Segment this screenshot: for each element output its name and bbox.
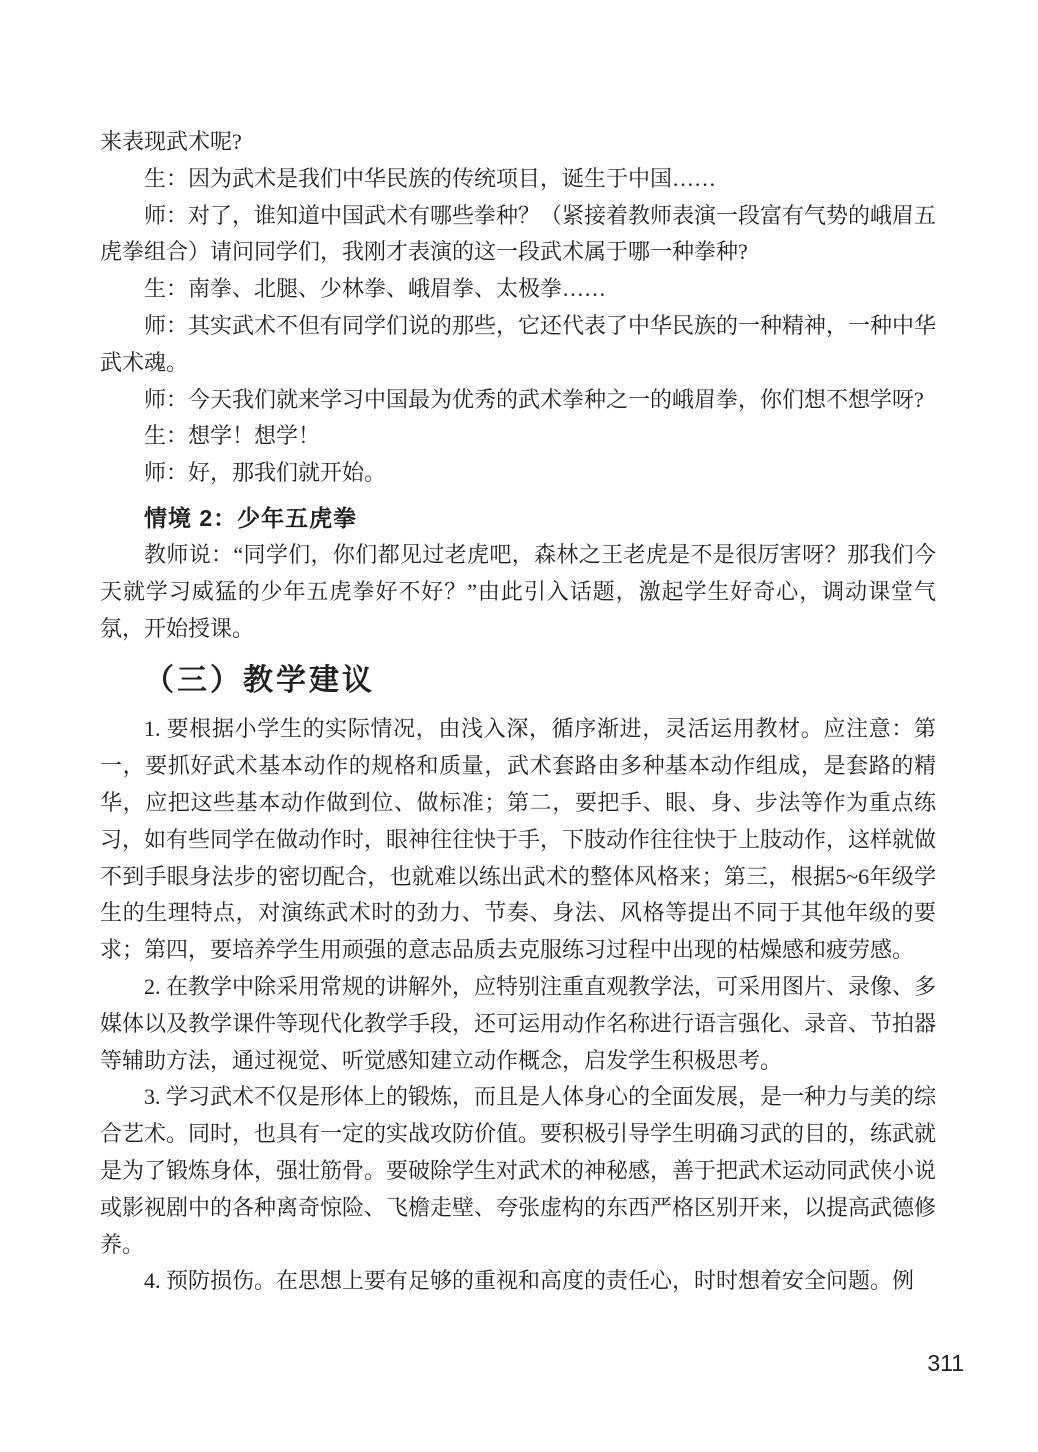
- dialogue-line-teacher-1: 师：对了，谁知道中国武术有哪些拳种？（紧接着教师表演一段富有气势的峨眉五虎拳组合…: [100, 198, 936, 272]
- section-heading: （三）教学建议: [100, 661, 936, 701]
- dialogue-line-student-1: 生：因为武术是我们中华民族的传统项目，诞生于中国……: [100, 161, 936, 198]
- text-block: 来表现武术呢? 生：因为武术是我们中华民族的传统项目，诞生于中国…… 师：对了，…: [100, 124, 936, 1300]
- suggestion-paragraph-4: 4. 预防损伤。在思想上要有足够的重视和高度的责任心，时时想着安全问题。例: [100, 1263, 936, 1300]
- dialogue-line-teacher-3: 师：今天我们就来学习中国最为优秀的武术拳种之一的峨眉拳，你们想不想学呀?: [100, 382, 936, 419]
- page-number: 311: [927, 1350, 964, 1377]
- document-page: 来表现武术呢? 生：因为武术是我们中华民族的传统项目，诞生于中国…… 师：对了，…: [0, 0, 1038, 1452]
- suggestion-paragraph-1: 1. 要根据小学生的实际情况，由浅入深，循序渐进，灵活运用教材。应注意：第一，要…: [100, 711, 936, 969]
- dialogue-line-teacher-4: 师：好，那我们就开始。: [100, 455, 936, 492]
- suggestion-paragraph-3: 3. 学习武术不仅是形体上的锻炼，而且是人体身心的全面发展，是一种力与美的综合艺…: [100, 1079, 936, 1263]
- dialogue-line-student-3: 生：想学！想学！: [100, 418, 936, 455]
- dialogue-line-student-2: 生：南拳、北腿、少林拳、峨眉拳、太极拳……: [100, 271, 936, 308]
- dialogue-line-teacher-2: 师：其实武术不但有同学们说的那些，它还代表了中华民族的一种精神，一种中华武术魂。: [100, 308, 936, 382]
- suggestion-paragraph-2: 2. 在教学中除采用常规的讲解外，应特别注重直观教学法，可采用图片、录像、多媒体…: [100, 969, 936, 1079]
- scenario-heading: 情境 2：少年五虎拳: [100, 500, 936, 537]
- scenario-paragraph: 教师说：“同学们，你们都见过老虎吧，森林之王老虎是不是很厉害呀？那我们今天就学习…: [100, 537, 936, 647]
- continued-paragraph: 来表现武术呢?: [100, 124, 936, 161]
